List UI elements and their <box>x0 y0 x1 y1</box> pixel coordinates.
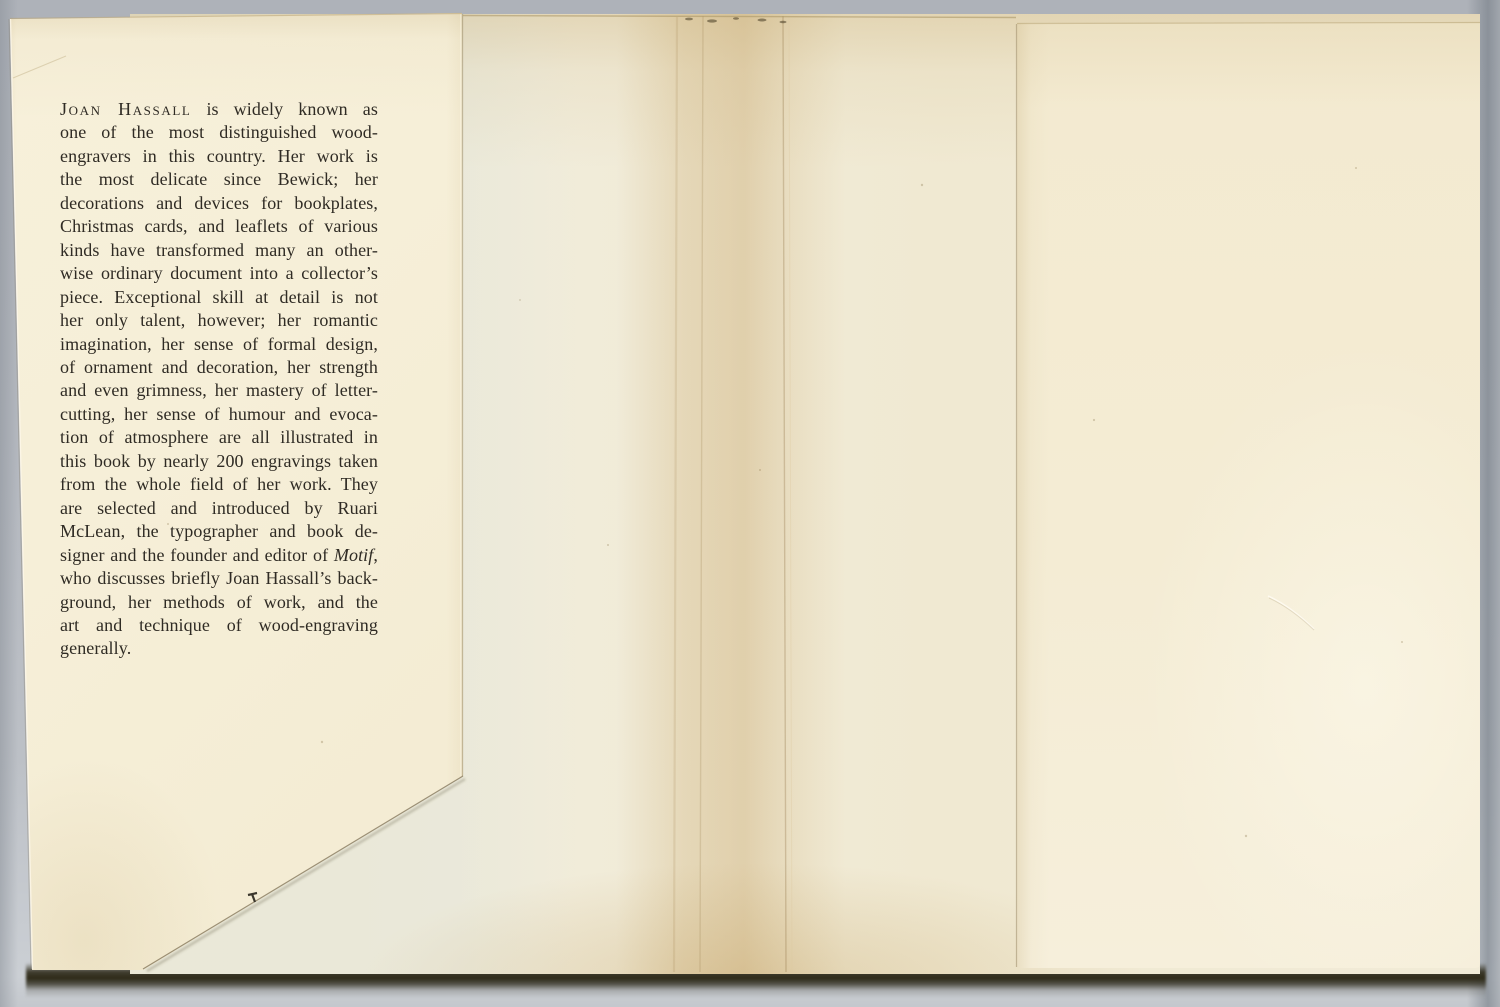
blurb-line-16: this book by nearly 200 engravings taken <box>60 450 378 473</box>
blurb-line-21: who discusses briefly Joan Hassall’s bac… <box>60 567 378 590</box>
blurb-line-20-pre: signer and the founder and editor of <box>60 545 334 565</box>
right-paper-panel <box>1017 23 1480 968</box>
book-jacket-scan: Joan Hassall is widely known as one of t… <box>0 0 1500 1007</box>
author-name-smallcaps: Joan Hassall <box>60 99 191 119</box>
blurb-line-13: and even grimness, her mastery of letter… <box>60 379 378 402</box>
motif-italic: Motif <box>334 545 374 565</box>
blurb-line-08: wise ordinary document into a collector’… <box>60 262 378 285</box>
blurb-line-01-rest: is widely known as <box>191 99 378 119</box>
blurb-line-06: Christmas cards, and leaflets of various <box>60 215 378 238</box>
blurb-line-01: Joan Hassall is widely known as <box>60 98 378 121</box>
blurb-line-15: tion of atmosphere are all illustrated i… <box>60 426 378 449</box>
blurb-line-02: one of the most distinguished wood- <box>60 121 378 144</box>
blurb-line-04: the most delicate since Bewick; her <box>60 168 378 191</box>
blurb-line-23: art and technique of wood-engraving <box>60 614 378 637</box>
blurb-line-11: imagination, her sense of formal design, <box>60 333 378 356</box>
blurb-line-05: decorations and devices for bookplates, <box>60 192 378 215</box>
blurb-line-17: from the whole field of her work. They <box>60 473 378 496</box>
blurb-line-20: signer and the founder and editor of Mot… <box>60 544 378 567</box>
blurb-line-03: engravers in this country. Her work is <box>60 145 378 168</box>
blurb-line-24: generally. <box>60 637 378 660</box>
blurb-line-18: are selected and introduced by Ruari <box>60 497 378 520</box>
blurb-line-10: her only talent, however; her romantic <box>60 309 378 332</box>
flap-blurb: Joan Hassall is widely known as one of t… <box>60 98 378 661</box>
blurb-line-12: of ornament and decoration, her strength <box>60 356 378 379</box>
blurb-line-07: kinds have transformed many an other- <box>60 239 378 262</box>
blurb-line-22: ground, her methods of work, and the <box>60 591 378 614</box>
blurb-line-19: McLean, the typographer and book de- <box>60 520 378 543</box>
blurb-line-09: piece. Exceptional skill at detail is no… <box>60 286 378 309</box>
blurb-line-20-post: , <box>373 545 378 565</box>
blurb-line-14: cutting, her sense of humour and evoca- <box>60 403 378 426</box>
